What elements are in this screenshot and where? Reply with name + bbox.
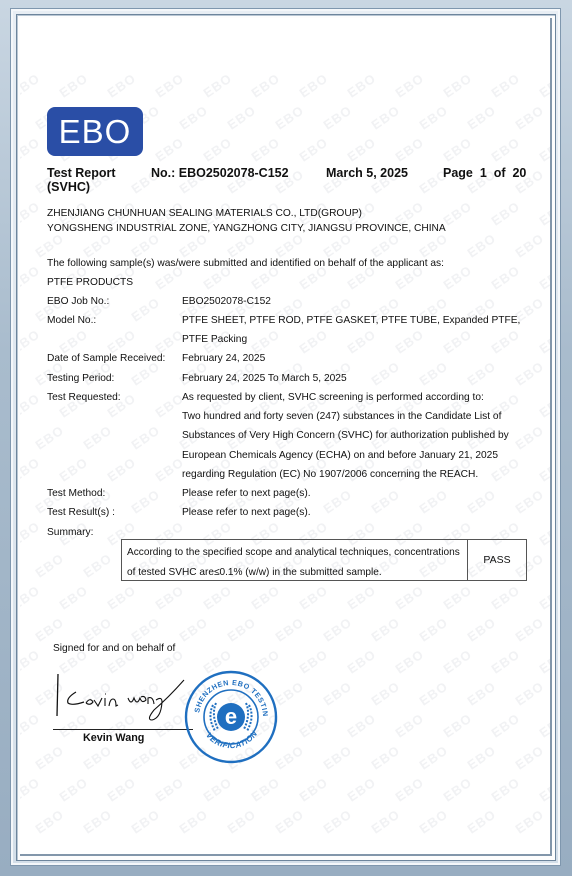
signatory-name: Kevin Wang <box>83 732 144 744</box>
date-received-label: Date of Sample Received: <box>47 353 165 364</box>
test-method-value: Please refer to next page(s). <box>182 488 311 499</box>
report-number: No.: EBO2502078-C152 <box>151 166 289 180</box>
summary-table: According to the specified scope and ana… <box>121 539 527 581</box>
model-no-line-1: PTFE SHEET, PTFE ROD, PTFE GASKET, PTFE … <box>182 315 520 326</box>
ebo-logo: EBO <box>47 107 143 156</box>
summary-label: Summary: <box>47 527 93 538</box>
signature-line <box>53 729 193 730</box>
summary-line-1: According to the specified scope and ana… <box>127 543 467 563</box>
test-results-label: Test Result(s) : <box>47 507 115 518</box>
date-received-value: February 24, 2025 <box>182 353 265 364</box>
model-no-label: Model No.: <box>47 315 96 326</box>
test-method-label: Test Method: <box>47 488 105 499</box>
test-requested-line-2: Two hundred and forty seven (247) substa… <box>182 411 501 422</box>
signed-on-behalf-caption: Signed for and on behalf of <box>53 643 175 654</box>
applicant-address: YONGSHENG INDUSTRIAL ZONE, YANGZHONG CIT… <box>47 223 446 234</box>
test-results-value: Please refer to next page(s). <box>182 507 311 518</box>
job-no-label: EBO Job No.: <box>47 296 109 307</box>
test-requested-label: Test Requested: <box>47 392 121 403</box>
test-requested-line-3: Substances of Very High Concern (SVHC) f… <box>182 430 509 441</box>
testing-period-value: February 24, 2025 To March 5, 2025 <box>182 373 347 384</box>
page-indicator: Page 1 of 20 <box>443 166 526 180</box>
applicant-name: ZHENJIANG CHUNHUAN SEALING MATERIALS CO.… <box>47 208 362 219</box>
summary-line-2: of tested SVHC are≤0.1% (w/w) in the sub… <box>127 563 467 583</box>
job-no-value: EBO2502078-C152 <box>182 296 271 307</box>
document-page: EBOEBOEBOEBOEBOEBOEBOEBOEBOEBOEBOEBOEBOE… <box>20 18 552 856</box>
report-title: Test Report <box>47 166 116 180</box>
verification-stamp-icon: SHENZHEN EBO TESTING CENTER VERIFICATION… <box>183 669 279 765</box>
report-date: March 5, 2025 <box>326 166 408 180</box>
test-requested-line-5: regarding Regulation (EC) No 1907/2006 c… <box>182 469 478 480</box>
test-requested-line-4: European Chemicals Agency (ECHA) on and … <box>182 450 498 461</box>
summary-conclusion: According to the specified scope and ana… <box>122 540 468 580</box>
test-requested-line-1: As requested by client, SVHC screening i… <box>182 392 484 403</box>
testing-period-label: Testing Period: <box>47 373 114 384</box>
summary-result-badge: PASS <box>468 540 526 580</box>
handwritten-signature <box>54 670 194 728</box>
intro-text: The following sample(s) was/were submitt… <box>47 258 444 269</box>
product-name: PTFE PRODUCTS <box>47 277 133 288</box>
svg-text:VERIFICATION: VERIFICATION <box>204 729 259 750</box>
model-no-line-2: PTFE Packing <box>182 334 247 345</box>
svg-text:e: e <box>225 704 237 729</box>
report-subtitle: (SVHC) <box>47 180 90 194</box>
